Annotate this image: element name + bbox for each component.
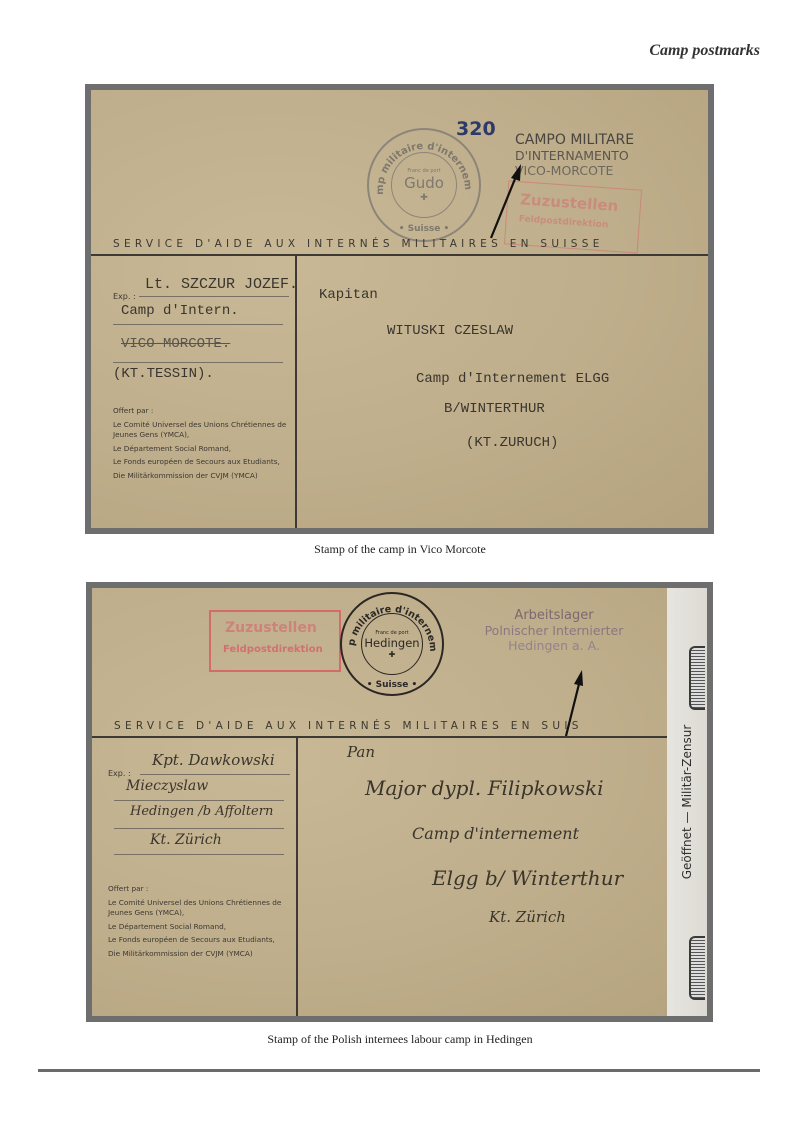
- cachet-line-2: Polnischer Internierter: [464, 623, 644, 638]
- offert-heading: Offert par :: [113, 406, 298, 417]
- camp-cachet-vico-morcote: CAMPO MILITARE D'INTERNAMENTO VICO-MORCO…: [515, 132, 634, 178]
- sender-rule: [114, 800, 284, 801]
- envelope: 320 Camp militaire d'internement Franc d…: [91, 90, 708, 528]
- recipient-line-5: Kt. Zürich: [489, 908, 566, 926]
- censor-seal-icon: [689, 646, 705, 710]
- sender-rule: [140, 774, 290, 775]
- sender-rule: [139, 296, 289, 297]
- offert-block: Offert par : Le Comité Universel des Uni…: [108, 884, 293, 962]
- caption-hedingen: Stamp of the Polish internees labour cam…: [0, 1032, 800, 1047]
- recipient-line-2: WITUSKI CZESLAW: [387, 323, 513, 339]
- cachet-line-1: CAMPO MILITARE: [515, 132, 634, 148]
- svg-text:Camp militaire d'internement: Camp militaire d'internement: [342, 594, 438, 652]
- sender-rule: [113, 362, 283, 363]
- recipient-line-1: Pan: [347, 743, 375, 761]
- recipient-line-1: Kapitan: [319, 287, 378, 303]
- round-postmark-gudo: Camp militaire d'internement Franc de po…: [367, 128, 481, 242]
- column-divider: [295, 254, 297, 528]
- sender-line-3: Hedingen /b Affoltern: [130, 804, 273, 819]
- camp-cachet-hedingen: Arbeitslager Polnischer Internierter Hed…: [464, 608, 644, 653]
- red-cachet-line-2: Feldpostdirektion: [223, 644, 339, 655]
- stamp-bottom-text: • Suisse •: [369, 224, 479, 234]
- offert-line: Le Département Social Romand,: [108, 922, 293, 933]
- stamp-ring-text: Camp militaire d'internement: [342, 594, 442, 694]
- offert-line: Le Département Social Romand,: [113, 444, 298, 455]
- service-header: SERVICE D'AIDE AUX INTERNÉS MILITAIRES E…: [114, 720, 583, 732]
- arrow-pointer: [487, 162, 527, 242]
- cover-image-hedingen: Zuzustellen Feldpostdirektion Camp milit…: [86, 582, 713, 1022]
- cachet-line-3: VICO-MORCOTE: [515, 163, 634, 178]
- offert-block: Offert par : Le Comité Universel des Uni…: [113, 406, 298, 484]
- red-cachet-line-2: Feldpostdirektion: [518, 214, 638, 232]
- offert-line: Le Comité Universel des Unions Chrétienn…: [113, 420, 298, 441]
- exp-label: Exp. :: [113, 292, 136, 301]
- cachet-line-2: D'INTERNAMENTO: [515, 148, 634, 163]
- svg-text:Camp militaire d'internement: Camp militaire d'internement: [369, 130, 473, 195]
- exp-label: Exp. :: [108, 769, 131, 778]
- cachet-line-3: Hedingen a. A.: [464, 638, 644, 653]
- recipient-line-2: Major dypl. Filipkowski: [365, 776, 604, 800]
- caption-vico-morcote: Stamp of the camp in Vico Morcote: [0, 542, 800, 557]
- offert-heading: Offert par :: [108, 884, 293, 895]
- offert-line: Die Militärkommission der CVJM (YMCA): [108, 949, 293, 960]
- offert-line: Le Fonds européen de Secours aux Etudian…: [108, 935, 293, 946]
- sender-line-4: (KT.TESSIN).: [113, 366, 214, 382]
- recipient-line-4: B/WINTERTHUR: [444, 401, 545, 417]
- offert-line: Le Fonds européen de Secours aux Etudian…: [113, 457, 298, 468]
- page-title: Camp postmarks: [649, 42, 760, 60]
- censor-seal-icon: [689, 936, 705, 1000]
- sender-rule: [114, 854, 284, 855]
- censor-tape: Geöffnet — Militär-Zensur: [667, 588, 707, 1016]
- cover-image-vico-morcote: 320 Camp militaire d'internement Franc d…: [85, 84, 714, 534]
- offert-line: Le Comité Universel des Unions Chrétienn…: [108, 898, 293, 919]
- sender-rule: [114, 828, 284, 829]
- red-cachet-line-1: Zuzustellen: [519, 190, 640, 216]
- sender-line-4: Kt. Zürich: [150, 832, 222, 848]
- recipient-line-5: (KT.ZURUCH): [466, 435, 558, 451]
- sender-line-2: Camp d'Intern.: [121, 303, 239, 319]
- service-header: SERVICE D'AIDE AUX INTERNÉS MILITAIRES E…: [113, 238, 604, 250]
- sender-line-2: Mieczyslaw: [126, 778, 208, 794]
- recipient-line-3: Camp d'internement: [412, 824, 579, 843]
- red-cachet-line-1: Zuzustellen: [225, 620, 339, 636]
- round-postmark-hedingen: Camp militaire d'internement Franc de po…: [340, 592, 444, 696]
- stamp-ring: Camp militaire d'internement: [369, 130, 473, 195]
- recipient-line-4: Elgg b/ Winterthur: [432, 866, 623, 890]
- offert-line: Die Militärkommission der CVJM (YMCA): [113, 471, 298, 482]
- sender-line-1: Kpt. Dawkowski: [152, 751, 275, 769]
- column-divider: [296, 736, 298, 1016]
- censor-tape-text: Geöffnet — Militär-Zensur: [680, 725, 694, 880]
- recipient-line-3: Camp d'Internement ELGG: [416, 371, 609, 387]
- stamp-ring: Camp militaire d'internement: [342, 594, 438, 652]
- header-divider: [91, 254, 708, 256]
- sender-line-1: Lt. SZCZUR JOZEF.: [145, 276, 298, 293]
- footer-divider: [38, 1069, 760, 1072]
- stamp-bottom-text: • Suisse •: [342, 680, 442, 690]
- sender-rule: [113, 324, 283, 325]
- envelope: Zuzustellen Feldpostdirektion Camp milit…: [92, 588, 707, 1016]
- sender-line-3: VICO-MORCOTE.: [121, 336, 230, 352]
- red-cachet-feldpostdirektion: Zuzustellen Feldpostdirektion: [209, 610, 341, 672]
- cachet-line-1: Arbeitslager: [464, 608, 644, 623]
- header-divider: [92, 736, 667, 738]
